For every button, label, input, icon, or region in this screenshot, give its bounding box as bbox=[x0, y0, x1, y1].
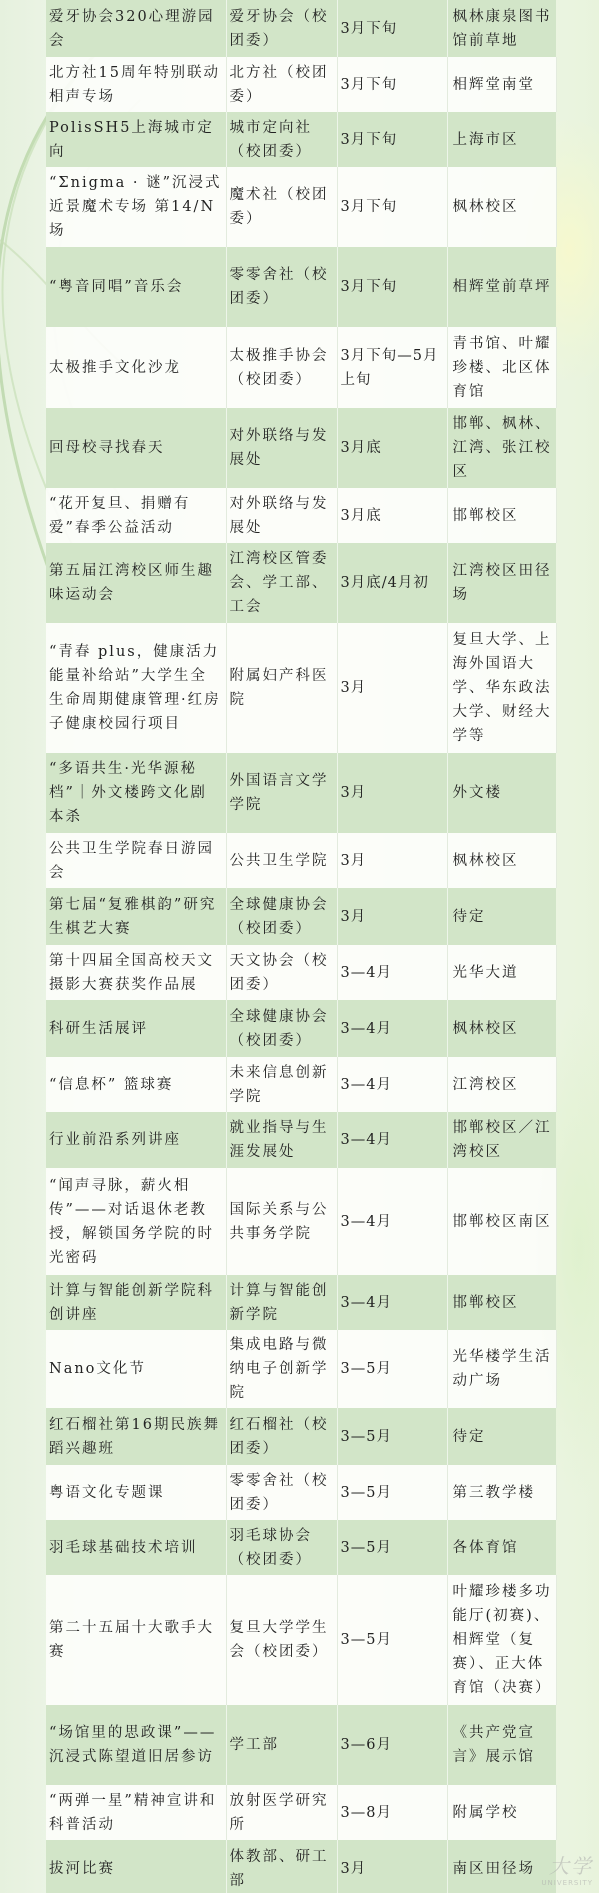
table-row: 拔河比赛体教部、研工部3月南区田径场 bbox=[46, 1840, 556, 1893]
location-cell: 邯郸校区 bbox=[447, 488, 556, 543]
time-cell: 3—5月 bbox=[337, 1465, 447, 1520]
location-cell: 枫林校区 bbox=[447, 833, 556, 888]
location-cell: 待定 bbox=[447, 1408, 556, 1465]
organizer-cell: 爱牙协会（校团委） bbox=[226, 0, 337, 57]
organizer-cell: 公共卫生学院 bbox=[226, 833, 337, 888]
activity-name-cell: “花开复旦、捐赠有爱”春季公益活动 bbox=[46, 488, 226, 543]
time-cell: 3—5月 bbox=[337, 1330, 447, 1408]
activity-name-cell: 粤语文化专题课 bbox=[46, 1465, 226, 1520]
time-cell: 3—4月 bbox=[337, 1000, 447, 1057]
organizer-cell: 红石榴社（校团委） bbox=[226, 1408, 337, 1465]
organizer-cell: 体教部、研工部 bbox=[226, 1840, 337, 1893]
activity-name-cell: “场馆里的思政课”——沉浸式陈望道旧居参访 bbox=[46, 1705, 226, 1785]
location-cell: 南区田径场 bbox=[447, 1840, 556, 1893]
table-row: 科研生活展评全球健康协会（校团委）3—4月枫林校区 bbox=[46, 1000, 556, 1057]
location-cell: 邯郸、枫林、江湾、张江校区 bbox=[447, 408, 556, 488]
location-cell: 枫林康泉图书馆前草地 bbox=[447, 0, 556, 57]
organizer-cell: 全球健康协会（校团委） bbox=[226, 1000, 337, 1057]
time-cell: 3月 bbox=[337, 623, 447, 753]
time-cell: 3—4月 bbox=[337, 1168, 447, 1275]
organizer-cell: 计算与智能创新学院 bbox=[226, 1275, 337, 1330]
activity-name-cell: 科研生活展评 bbox=[46, 1000, 226, 1057]
table-row: 羽毛球基础技术培训羽毛球协会（校团委）3—5月各体育馆 bbox=[46, 1520, 556, 1575]
location-cell: 邯郸校区／江湾校区 bbox=[447, 1112, 556, 1168]
activity-name-cell: 第二十五届十大歌手大赛 bbox=[46, 1575, 226, 1705]
watermark-cn: 大学 bbox=[541, 1850, 593, 1879]
table-row: Nano文化节集成电路与微纳电子创新学院3—5月光华楼学生活动广场 bbox=[46, 1330, 556, 1408]
table-row: “粤音同唱”音乐会零零舍社（校团委）3月下旬相辉堂前草坪 bbox=[46, 247, 556, 327]
activity-name-cell: 拔河比赛 bbox=[46, 1840, 226, 1893]
activity-name-cell: 爱牙协会320心理游园会 bbox=[46, 0, 226, 57]
organizer-cell: 羽毛球协会（校团委） bbox=[226, 1520, 337, 1575]
activity-name-cell: 行业前沿系列讲座 bbox=[46, 1112, 226, 1168]
table-row: 红石榴社第16期民族舞蹈兴趣班红石榴社（校团委）3—5月待定 bbox=[46, 1408, 556, 1465]
activity-name-cell: Nano文化节 bbox=[46, 1330, 226, 1408]
activity-name-cell: “Σnigma · 谜”沉浸式近景魔术专场 第14/N场 bbox=[46, 167, 226, 247]
activity-name-cell: 计算与智能创新学院科创讲座 bbox=[46, 1275, 226, 1330]
location-cell: 附属学校 bbox=[447, 1785, 556, 1840]
organizer-cell: 国际关系与公共事务学院 bbox=[226, 1168, 337, 1275]
location-cell: 各体育馆 bbox=[447, 1520, 556, 1575]
location-cell: 上海市区 bbox=[447, 112, 556, 167]
table-row: “Σnigma · 谜”沉浸式近景魔术专场 第14/N场魔术社（校团委）3月下旬… bbox=[46, 167, 556, 247]
table-body: 爱牙协会320心理游园会爱牙协会（校团委）3月下旬枫林康泉图书馆前草地北方社15… bbox=[46, 0, 556, 1893]
activity-name-cell: 太极推手文化沙龙 bbox=[46, 327, 226, 408]
activity-name-cell: 北方社15周年特别联动相声专场 bbox=[46, 57, 226, 112]
table-row: 第十四届全国高校天文摄影大赛获奖作品展天文协会（校团委）3—4月光华大道 bbox=[46, 945, 556, 1000]
organizer-cell: 学工部 bbox=[226, 1705, 337, 1785]
time-cell: 3月 bbox=[337, 888, 447, 945]
location-cell: 青书馆、叶耀珍楼、北区体育馆 bbox=[447, 327, 556, 408]
location-cell: 枫林校区 bbox=[447, 167, 556, 247]
activity-name-cell: “青春 plus，健康活力能量补给站”大学生全生命周期健康管理·红房子健康校园行… bbox=[46, 623, 226, 753]
activity-name-cell: “粤音同唱”音乐会 bbox=[46, 247, 226, 327]
location-cell: 相辉堂前草坪 bbox=[447, 247, 556, 327]
time-cell: 3—5月 bbox=[337, 1408, 447, 1465]
organizer-cell: 魔术社（校团委） bbox=[226, 167, 337, 247]
time-cell: 3—5月 bbox=[337, 1575, 447, 1705]
organizer-cell: 未来信息创新学院 bbox=[226, 1057, 337, 1112]
organizer-cell: 全球健康协会（校团委） bbox=[226, 888, 337, 945]
location-cell: 光华大道 bbox=[447, 945, 556, 1000]
location-cell: 《共产党宣言》展示馆 bbox=[447, 1705, 556, 1785]
time-cell: 3—4月 bbox=[337, 1275, 447, 1330]
table-row: “闻声寻脉，薪火相传”——对话退休老教授，解锁国务学院的时光密码国际关系与公共事… bbox=[46, 1168, 556, 1275]
activity-schedule-table: 爱牙协会320心理游园会爱牙协会（校团委）3月下旬枫林康泉图书馆前草地北方社15… bbox=[46, 0, 557, 1893]
organizer-cell: 江湾校区管委会、学工部、工会 bbox=[226, 543, 337, 623]
organizer-cell: 对外联络与发展处 bbox=[226, 408, 337, 488]
organizer-cell: 对外联络与发展处 bbox=[226, 488, 337, 543]
location-cell: 邯郸校区 bbox=[447, 1275, 556, 1330]
organizer-cell: 城市定向社（校团委） bbox=[226, 112, 337, 167]
table-row: “青春 plus，健康活力能量补给站”大学生全生命周期健康管理·红房子健康校园行… bbox=[46, 623, 556, 753]
watermark-en: UNIVERSITY bbox=[541, 1879, 593, 1887]
organizer-cell: 北方社（校团委） bbox=[226, 57, 337, 112]
table-row: “信息杯” 篮球赛未来信息创新学院3—4月江湾校区 bbox=[46, 1057, 556, 1112]
time-cell: 3月 bbox=[337, 1840, 447, 1893]
organizer-cell: 天文协会（校团委） bbox=[226, 945, 337, 1000]
table-row: 北方社15周年特别联动相声专场北方社（校团委）3月下旬相辉堂南堂 bbox=[46, 57, 556, 112]
time-cell: 3—8月 bbox=[337, 1785, 447, 1840]
activity-name-cell: 第五届江湾校区师生趣味运动会 bbox=[46, 543, 226, 623]
table-row: PolisSH5上海城市定向城市定向社（校团委）3月下旬上海市区 bbox=[46, 112, 556, 167]
table-row: 行业前沿系列讲座就业指导与生涯发展处3—4月邯郸校区／江湾校区 bbox=[46, 1112, 556, 1168]
table-row: 第七届“复雅棋韵”研究生棋艺大赛全球健康协会（校团委）3月待定 bbox=[46, 888, 556, 945]
time-cell: 3月下旬 bbox=[337, 0, 447, 57]
activity-name-cell: 第十四届全国高校天文摄影大赛获奖作品展 bbox=[46, 945, 226, 1000]
time-cell: 3—6月 bbox=[337, 1705, 447, 1785]
table-row: 公共卫生学院春日游园会公共卫生学院3月枫林校区 bbox=[46, 833, 556, 888]
time-cell: 3月下旬 bbox=[337, 112, 447, 167]
organizer-cell: 附属妇产科医院 bbox=[226, 623, 337, 753]
location-cell: 待定 bbox=[447, 888, 556, 945]
organizer-cell: 外国语言文学学院 bbox=[226, 753, 337, 833]
table-row: 回母校寻找春天对外联络与发展处3月底邯郸、枫林、江湾、张江校区 bbox=[46, 408, 556, 488]
table-row: 粤语文化专题课零零舍社（校团委）3—5月第三教学楼 bbox=[46, 1465, 556, 1520]
organizer-cell: 太极推手协会（校团委） bbox=[226, 327, 337, 408]
time-cell: 3月底/4月初 bbox=[337, 543, 447, 623]
time-cell: 3—4月 bbox=[337, 1057, 447, 1112]
organizer-cell: 放射医学研究所 bbox=[226, 1785, 337, 1840]
university-watermark: 大学 UNIVERSITY bbox=[541, 1850, 593, 1887]
location-cell: 枫林校区 bbox=[447, 1000, 556, 1057]
activity-name-cell: “信息杯” 篮球赛 bbox=[46, 1057, 226, 1112]
location-cell: 江湾校区田径场 bbox=[447, 543, 556, 623]
organizer-cell: 集成电路与微纳电子创新学院 bbox=[226, 1330, 337, 1408]
location-cell: 叶耀珍楼多功能厅(初赛)、相辉堂（复赛）、正大体育馆（决赛） bbox=[447, 1575, 556, 1705]
table-row: “花开复旦、捐赠有爱”春季公益活动对外联络与发展处3月底邯郸校区 bbox=[46, 488, 556, 543]
activity-name-cell: “两弹一星”精神宣讲和科普活动 bbox=[46, 1785, 226, 1840]
table-row: 计算与智能创新学院科创讲座计算与智能创新学院3—4月邯郸校区 bbox=[46, 1275, 556, 1330]
activity-name-cell: 公共卫生学院春日游园会 bbox=[46, 833, 226, 888]
location-cell: 邯郸校区南区 bbox=[447, 1168, 556, 1275]
time-cell: 3—4月 bbox=[337, 945, 447, 1000]
location-cell: 外文楼 bbox=[447, 753, 556, 833]
activity-name-cell: 回母校寻找春天 bbox=[46, 408, 226, 488]
time-cell: 3月下旬 bbox=[337, 167, 447, 247]
organizer-cell: 零零舍社（校团委） bbox=[226, 247, 337, 327]
activity-name-cell: 第七届“复雅棋韵”研究生棋艺大赛 bbox=[46, 888, 226, 945]
location-cell: 相辉堂南堂 bbox=[447, 57, 556, 112]
time-cell: 3月 bbox=[337, 753, 447, 833]
time-cell: 3月底 bbox=[337, 488, 447, 543]
table-row: “场馆里的思政课”——沉浸式陈望道旧居参访学工部3—6月《共产党宣言》展示馆 bbox=[46, 1705, 556, 1785]
table-row: 第二十五届十大歌手大赛复旦大学学生会（校团委）3—5月叶耀珍楼多功能厅(初赛)、… bbox=[46, 1575, 556, 1705]
table-row: 第五届江湾校区师生趣味运动会江湾校区管委会、学工部、工会3月底/4月初江湾校区田… bbox=[46, 543, 556, 623]
organizer-cell: 零零舍社（校团委） bbox=[226, 1465, 337, 1520]
time-cell: 3月下旬—5月上旬 bbox=[337, 327, 447, 408]
activity-name-cell: 红石榴社第16期民族舞蹈兴趣班 bbox=[46, 1408, 226, 1465]
table-row: 太极推手文化沙龙太极推手协会（校团委）3月下旬—5月上旬青书馆、叶耀珍楼、北区体… bbox=[46, 327, 556, 408]
location-cell: 江湾校区 bbox=[447, 1057, 556, 1112]
activity-name-cell: “闻声寻脉，薪火相传”——对话退休老教授，解锁国务学院的时光密码 bbox=[46, 1168, 226, 1275]
time-cell: 3月 bbox=[337, 833, 447, 888]
time-cell: 3月下旬 bbox=[337, 247, 447, 327]
location-cell: 光华楼学生活动广场 bbox=[447, 1330, 556, 1408]
table-row: “多语共生·光华源秘档”｜外文楼跨文化剧本杀外国语言文学学院3月外文楼 bbox=[46, 753, 556, 833]
table-row: 爱牙协会320心理游园会爱牙协会（校团委）3月下旬枫林康泉图书馆前草地 bbox=[46, 0, 556, 57]
table-row: “两弹一星”精神宣讲和科普活动放射医学研究所3—8月附属学校 bbox=[46, 1785, 556, 1840]
activity-name-cell: PolisSH5上海城市定向 bbox=[46, 112, 226, 167]
organizer-cell: 就业指导与生涯发展处 bbox=[226, 1112, 337, 1168]
time-cell: 3月下旬 bbox=[337, 57, 447, 112]
location-cell: 复旦大学、上海外国语大学、华东政法大学、财经大学等 bbox=[447, 623, 556, 753]
organizer-cell: 复旦大学学生会（校团委） bbox=[226, 1575, 337, 1705]
location-cell: 第三教学楼 bbox=[447, 1465, 556, 1520]
time-cell: 3月底 bbox=[337, 408, 447, 488]
time-cell: 3—5月 bbox=[337, 1520, 447, 1575]
activity-name-cell: 羽毛球基础技术培训 bbox=[46, 1520, 226, 1575]
activity-name-cell: “多语共生·光华源秘档”｜外文楼跨文化剧本杀 bbox=[46, 753, 226, 833]
time-cell: 3—4月 bbox=[337, 1112, 447, 1168]
